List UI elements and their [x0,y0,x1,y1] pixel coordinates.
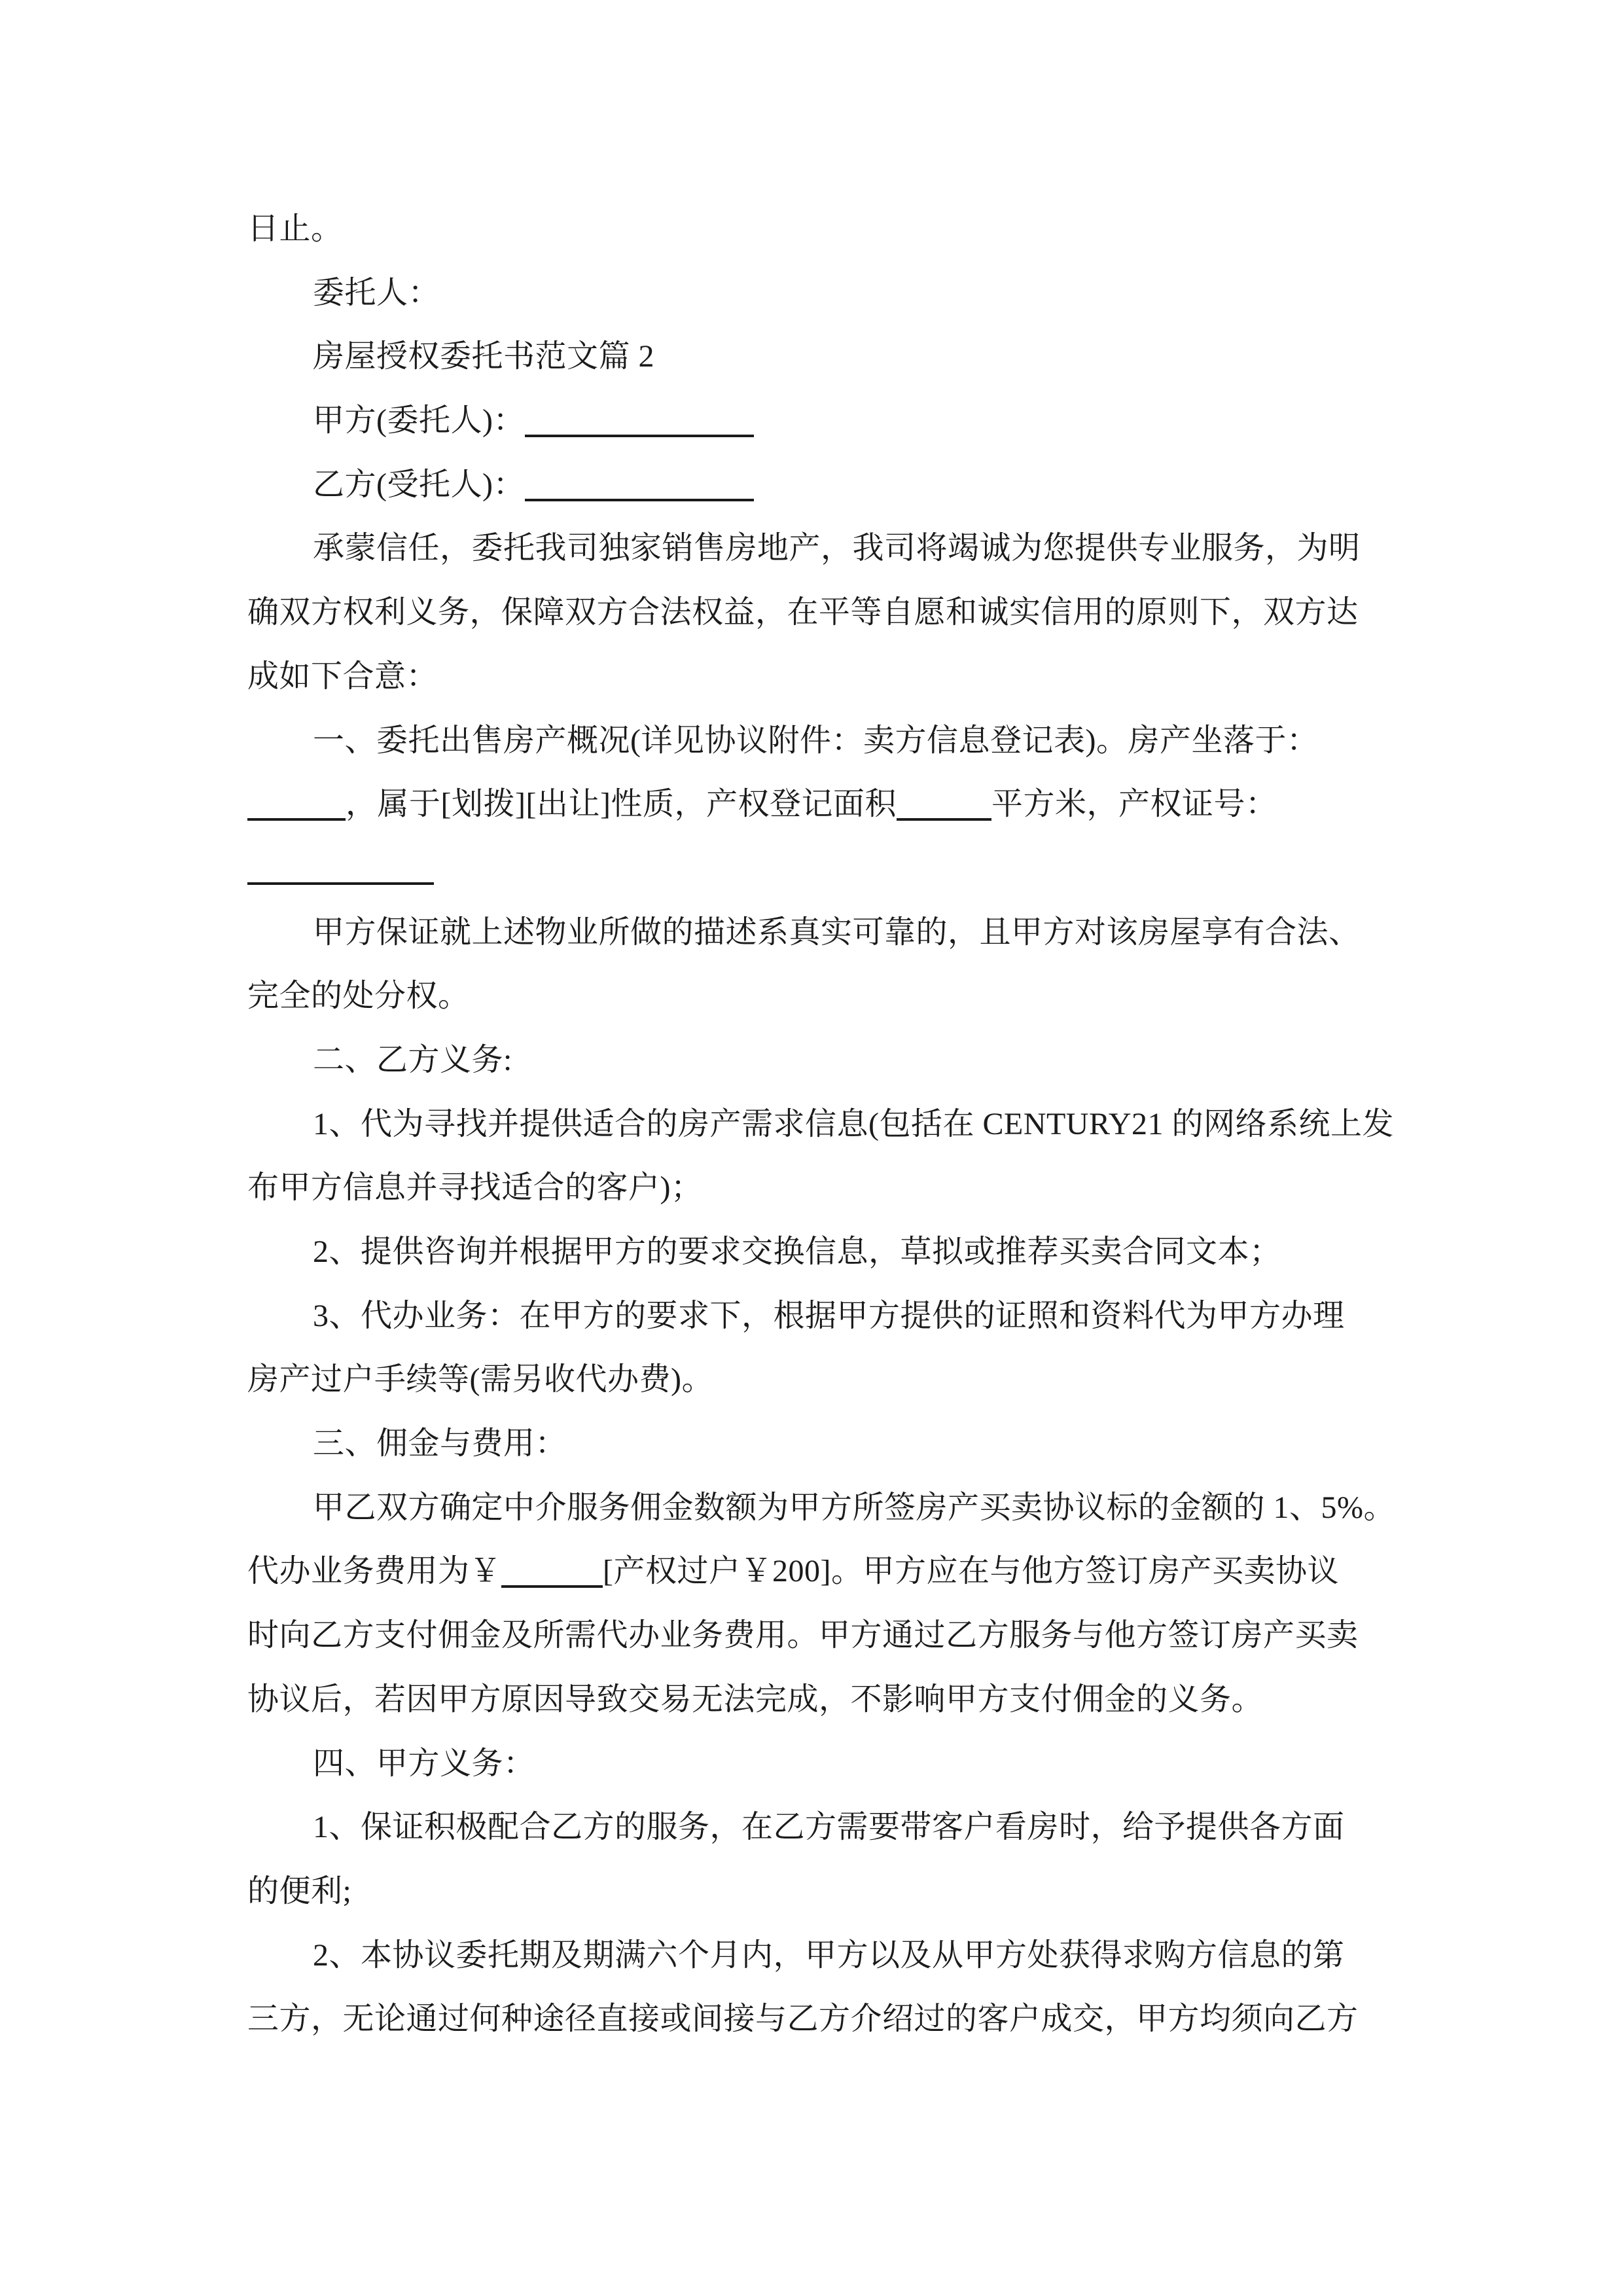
line-doc-title: 房屋授权委托书范文篇 2 [247,325,1386,389]
line-section3-payment: 时向乙方支付佣金及所需代办业务费用。甲方通过乙方服务与他方签订房产买卖 [247,1604,1386,1668]
line-section2-item3a: 3、代办业务：在甲方的要求下，根据甲方提供的证照和资料代为甲方办理 [247,1284,1386,1348]
line-section2-item2: 2、提供咨询并根据甲方的要求交换信息，草拟或推荐买卖合同文本； [247,1220,1386,1284]
line-section1-guarantee-1: 甲方保证就上述物业所做的描述系真实可靠的，且甲方对该房屋享有合法、 [247,901,1386,965]
line-preamble-1: 承蒙信任，委托我司独家销售房地产，我司将竭诚为您提供专业服务，为明 [247,516,1386,581]
line-section1-property-details: ，属于[划拨][出让]性质，产权登记面积平方米，产权证号： [247,772,1386,836]
line-section4-header: 四、甲方义务： [247,1732,1386,1796]
line-section1-guarantee-2: 完全的处分权。 [247,964,1386,1028]
property-cert-label: 平方米，产权证号： [991,787,1277,821]
cert-number-blank-underline [247,882,434,885]
property-area-blank-underline [897,818,991,821]
line-section1-overview: 一、委托出售房产概况(详见协议附件：卖方信息登记表)。房产坐落于： [247,709,1386,773]
line-section3-agency-fee: 代办业务费用为￥[产权过户￥200]。甲方应在与他方签订房产买卖协议 [247,1539,1386,1604]
agency-fee-blank-underline [501,1585,603,1588]
line-preamble-2: 确双方权利义务，保障双方合法权益，在平等自愿和诚实信用的原则下，双方达 [247,581,1386,645]
line-section4-item2a: 2、本协议委托期及期满六个月内，甲方以及从甲方处获得求购方信息的第 [247,1924,1386,1988]
party-b-label: 乙方(受托人)： [313,467,525,502]
line-party-a: 甲方(委托人)： [247,389,1386,453]
agency-fee-text: [产权过户￥200]。甲方应在与他方签订房产买卖协议 [603,1554,1339,1588]
line-section4-item1b: 的便利; [247,1859,1386,1924]
line-section3-commission: 甲乙双方确定中介服务佣金数额为甲方所签房产买卖协议标的金额的 1、5%。 [247,1476,1386,1540]
line-section2-header: 二、乙方义务: [247,1028,1386,1092]
line-section2-item1a: 1、代为寻找并提供适合的房产需求信息(包括在 CENTURY21 的网络系统上发 [247,1092,1386,1157]
line-cert-number-blank [247,836,1386,901]
document-body: 日止。 委托人： 房屋授权委托书范文篇 2 甲方(委托人)： 乙方(受托人)： … [247,197,1386,2051]
document-page: 日止。 委托人： 房屋授权委托书范文篇 2 甲方(委托人)： 乙方(受托人)： … [0,0,1623,2296]
line-date-end: 日止。 [247,197,1386,261]
line-preamble-3: 成如下合意： [247,645,1386,709]
property-location-blank-underline [247,818,346,821]
agency-fee-label: 代办业务费用为￥ [247,1554,501,1588]
party-a-label: 甲方(委托人)： [313,403,525,438]
line-section2-item1b: 布甲方信息并寻找适合的客户)； [247,1156,1386,1220]
line-section3-obligation: 协议后，若因甲方原因导致交易无法完成，不影响甲方支付佣金的义务。 [247,1668,1386,1732]
line-principal-label: 委托人： [247,261,1386,325]
line-section3-header: 三、佣金与费用： [247,1412,1386,1476]
party-b-blank-underline [525,499,754,501]
party-a-blank-underline [525,435,754,437]
property-nature-text: ，属于[划拨][出让]性质，产权登记面积 [346,787,897,821]
line-section4-item1a: 1、保证积极配合乙方的服务，在乙方需要带客户看房时，给予提供各方面 [247,1795,1386,1859]
line-section2-item3b: 房产过户手续等(需另收代办费)。 [247,1348,1386,1412]
line-section4-item2b: 三方，无论通过何种途径直接或间接与乙方介绍过的客户成交，甲方均须向乙方 [247,1987,1386,2051]
line-party-b: 乙方(受托人)： [247,453,1386,517]
